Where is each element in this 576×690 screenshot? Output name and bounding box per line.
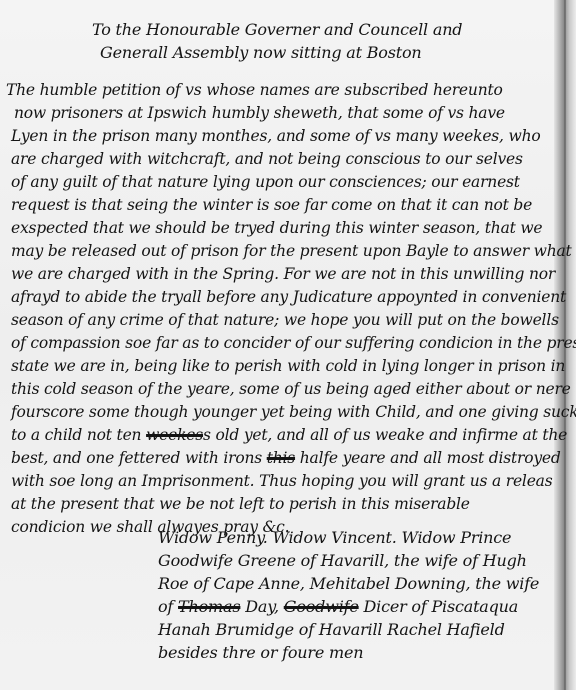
body-line-4: are charged with witchcraft, and not bei… <box>11 149 523 169</box>
body-line-16: to a child not ten weekess old yet, and … <box>11 425 567 445</box>
body-line-5: of any guilt of that nature lying upon o… <box>11 172 520 192</box>
signature-line-1: Widow Penny. Widow Vincent. Widow Prince <box>158 528 511 548</box>
body-line-7: exspected that we should be tryed during… <box>11 218 542 238</box>
body-line-18: with soe long an Imprisonment. Thus hopi… <box>11 471 552 491</box>
heading-line-2: Generall Assembly now sitting at Boston <box>100 43 422 63</box>
sig-4-after: Dicer of Piscataqua <box>359 597 519 616</box>
body-line-12: of compassion soe far as to concider of … <box>11 333 576 353</box>
body-line-10: afrayd to abide the tryall before any Ju… <box>11 287 566 307</box>
signature-line-4: of Thomas Day, Goodwife Dicer of Piscata… <box>158 597 518 617</box>
body-line-3: Lyen in the prison many monthes, and som… <box>11 126 541 146</box>
signature-line-2: Goodwife Greene of Havarill, the wife of… <box>158 551 527 571</box>
heading-line-1: To the Honourable Governer and Councell … <box>92 20 462 40</box>
sig-4-before: of <box>158 597 178 616</box>
body-line-19: at the present that we be not left to pe… <box>11 494 470 514</box>
sig-4-middle: Day, <box>240 597 283 616</box>
body-line-9: we are charged with in the Spring. For w… <box>11 264 555 284</box>
body-line-14: this cold season of the yeare, some of u… <box>11 379 571 399</box>
body-line-15: fourscore some though younger yet being … <box>11 402 576 422</box>
body-line-17: best, and one fettered with irons this h… <box>11 448 561 468</box>
signature-line-5: Hanah Brumidge of Havarill Rachel Hafiel… <box>158 620 505 640</box>
line-17-after: halfe yeare and all most distroyed <box>295 449 561 467</box>
body-line-2: now prisoners at Ipswich humbly sheweth,… <box>14 103 505 123</box>
line-16-after: s old yet, and all of us weake and infir… <box>203 426 567 444</box>
line-16-before: to a child not ten <box>11 426 146 444</box>
signature-line-6: besides thre or foure men <box>158 643 363 663</box>
body-line-1: The humble petition of vs whose names ar… <box>6 80 503 100</box>
struck-word: Thomas <box>178 597 240 616</box>
struck-word: this <box>267 449 295 467</box>
signature-line-3: Roe of Cape Anne, Mehitabel Downing, the… <box>158 574 539 594</box>
body-line-8: may be released out of prison for the pr… <box>11 241 572 261</box>
struck-word: weekes <box>146 426 203 444</box>
body-line-13: state we are in, being like to perish wi… <box>11 356 565 376</box>
manuscript-page: To the Honourable Governer and Councell … <box>0 0 576 690</box>
line-17-before: best, and one fettered with irons <box>11 449 267 467</box>
body-line-6: request is that seing the winter is soe … <box>11 195 532 215</box>
struck-word: Goodwife <box>284 597 359 616</box>
body-line-11: season of any crime of that nature; we h… <box>11 310 559 330</box>
